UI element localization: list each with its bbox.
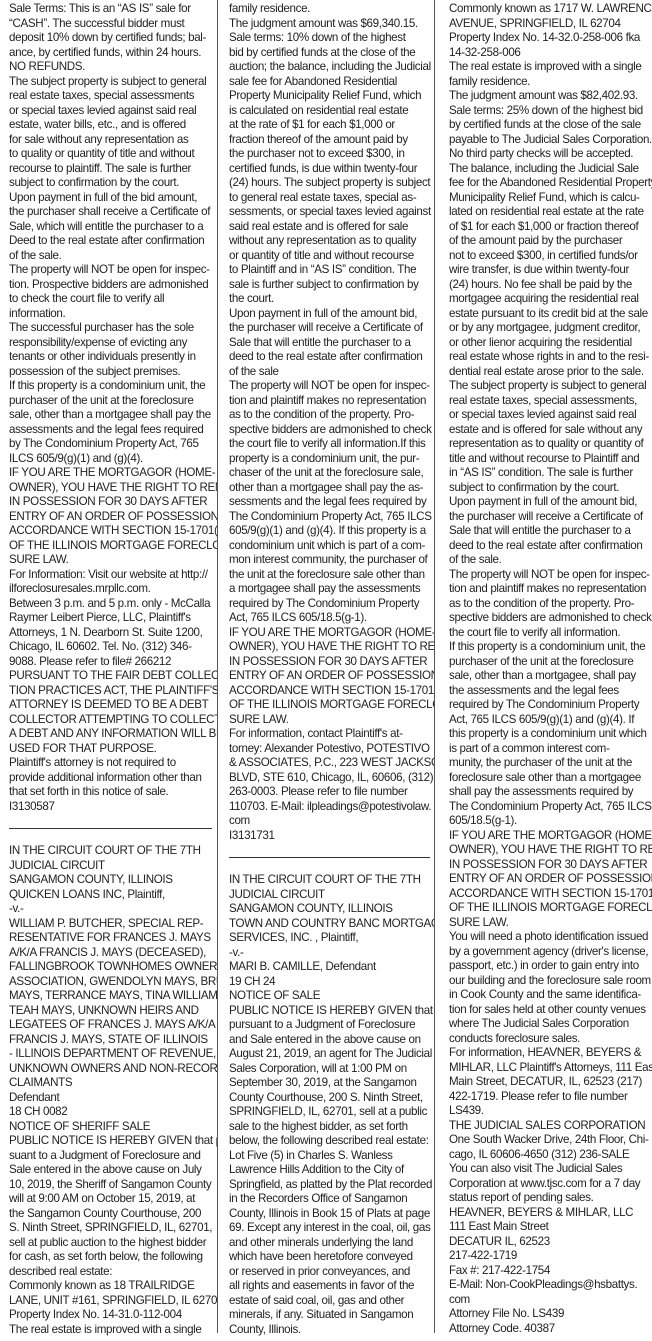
text-line: September 30, 2019, at the Sangamon [229,1076,430,1091]
text-line: estate and is offered for sale without a… [449,423,650,438]
text-line: pursuant to a Judgment of Foreclosure [229,1018,430,1033]
text-line: in Cook County and the same identifica- [449,988,650,1003]
text-line: Upon payment in full of the amount bid, [449,495,650,510]
notice-quicken-loans-v-butcher: IN THE CIRCUIT COURT OF THE 7THJUDICIAL … [9,844,211,1337]
text-line: Main Street, DECATUR, IL, 62523 (217) [449,1075,650,1090]
text-line: - ILLINOIS DEPARTMENT OF REVENUE, [9,1047,211,1062]
text-line: of the sale [229,365,430,380]
text-line: IF YOU ARE THE MORTGAGOR (HOME- [229,626,430,641]
text-line: The subject property is subject to gener… [9,75,211,90]
text-line: munity, the purchaser of the unit at the [449,756,650,771]
text-line: lated on residential real estate at the … [449,205,650,220]
text-line: Sale Terms: This is an “AS IS” sale for [9,2,211,17]
notice-town-and-country-v-camille: IN THE CIRCUIT COURT OF THE 7THJUDICIAL … [229,873,430,1337]
text-line: The real estate is improved with a singl… [9,1323,211,1338]
text-line: FALLINGBROOK TOWNHOMES OWNERS [9,960,211,975]
text-line: SANGAMON COUNTY, ILLINOIS [9,873,211,888]
text-line: 9088. Please refer to file# 266212 [9,655,211,670]
text-line: A/K/A FRANCIS J. MAYS (DECEASED), [9,946,211,961]
text-line: Corporation at www.tjsc.com for a 7 day [449,1177,650,1192]
text-line: County Courthouse, 200 S. Ninth Street, [229,1091,430,1106]
text-line: PUBLIC NOTICE IS HEREBY GIVEN that [229,1004,430,1019]
text-line: 14-32-258-006 [449,46,650,61]
text-line: Lot Five (5) in Charles S. Wanless [229,1149,430,1164]
text-line: For information, HEAVNER, BEYERS & [449,1046,650,1061]
text-line: Raymer Leibert Pierce, LLC, Plaintiff's [9,611,211,626]
text-line: to check the court file to verify all [9,292,211,307]
text-line: to Plaintiff and in “AS IS” condition. T… [229,263,430,278]
text-line: No third party checks will be accepted. [449,147,650,162]
text-line: real estate taxes, special assessments [9,89,211,104]
text-line: this property is a condominium unit whic… [449,727,650,742]
text-line: For information, contact Plaintiff's at- [229,727,430,742]
text-line: said real estate and is offered for sale [229,220,430,235]
text-line: deposit 10% down by certified funds; bal… [9,31,211,46]
text-line: of the amount paid by the purchaser [449,234,650,249]
text-line: Property Index No. 14-31.0-112-004 [9,1308,211,1323]
text-line: at the rate of $1 for each $1,000 or [229,118,430,133]
text-line: shall pay the assessments required by [449,785,650,800]
text-line: real estate taxes, special assessments, [449,394,650,409]
text-line: IF YOU ARE THE MORTGAGOR (HOME- [9,466,211,481]
column-2: family residence.The judgment amount was… [217,0,434,1341]
text-line: Commonly known as 1717 W. LAWRENCE [449,2,650,17]
text-line: or other lienor acquiring the residentia… [449,336,650,351]
text-line: payable to The Judicial Sales Corporatio… [449,133,650,148]
text-line: Defendant [9,1091,211,1106]
text-line: the Sangamon County Courthouse, 200 [9,1207,211,1222]
text-line: status report of pending sales. [449,1191,650,1206]
text-line: Sale terms: 25% down of the highest bid [449,104,650,119]
text-line: SURE LAW. [229,713,430,728]
text-line: UNKNOWN OWNERS AND NON-RECORD [9,1062,211,1077]
text-line: family residence. [229,2,430,17]
text-line: PURSUANT TO THE FAIR DEBT COLLEC- [9,669,211,684]
text-line: JUDICIAL CIRCUIT [229,888,430,903]
text-line: The balance, including the Judicial Sale [449,162,650,177]
text-line: Attorney File No. LS439 [449,1307,650,1322]
text-line: “CASH”. The successful bidder must [9,17,211,32]
text-line: ENTRY OF AN ORDER OF POSSESSION, IN [9,510,211,525]
text-line: OWNER), YOU HAVE THE RIGHT TO REMAIN [449,843,650,858]
text-line: spective bidders are admonished to check [449,611,650,626]
text-line: as to the condition of the property. Pro… [229,408,430,423]
text-line: CLAIMANTS [9,1076,211,1091]
text-line: 110703. E-Mail: ilpleadings@potestivolaw… [229,800,430,815]
text-line: recourse to plaintiff. The sale is furth… [9,162,211,177]
text-line: purchaser of the unit at the foreclosure [9,394,211,409]
text-line: SURE LAW. [449,916,650,931]
text-line: which have been heretofore conveyed [229,1250,430,1265]
text-line: tion and plaintiff makes no representati… [229,394,430,409]
text-line: or by any mortgagee, judgment creditor, [449,321,650,336]
text-line: bid by certified funds at the close of t… [229,46,430,61]
text-line: -v.- [229,946,430,961]
text-line: ACCORDANCE WITH SECTION 15-1701(C) [449,887,650,902]
text-line: the purchaser shall receive a Certificat… [9,205,211,220]
text-line: County, Illinois. [229,1323,430,1338]
text-line: FRANCIS J. MAYS, STATE OF ILLINOIS [9,1033,211,1048]
text-line: auction; the balance, including the Judi… [229,60,430,75]
text-line: the assessments and the legal fees [449,684,650,699]
text-line: sale, other than a mortgagee shall pay t… [9,408,211,423]
text-line: ILCS 605/9(g)(1) and (g)(4). [9,452,211,467]
text-line: condominium unit which is part of a com- [229,539,430,554]
text-line: other than a mortgagee shall pay the as- [229,481,430,496]
text-line: TEAH MAYS, UNKNOWN HEIRS AND [9,1004,211,1019]
text-line: Municipality Relief Fund, which is calcu… [449,191,650,206]
text-line: 263-0003. Please refer to file number [229,785,430,800]
text-line: of the sale. [9,249,211,264]
text-line: responsibility/expense of evicting any [9,336,211,351]
text-line: One South Wacker Drive, 24th Floor, Chi- [449,1133,650,1148]
text-line: -v.- [9,902,211,917]
notice-continued-mccalla: Sale Terms: This is an “AS IS” sale for“… [9,2,211,814]
text-line: and Sale entered in the above cause on [229,1033,430,1048]
text-line: Sales Corporation, will at 1:00 PM on [229,1062,430,1077]
text-line: Chicago, IL 60602. Tel. No. (312) 346- [9,640,211,655]
text-line: or special taxes levied against said rea… [449,408,650,423]
column-3: Commonly known as 1717 W. LAWRENCEAVENUE… [434,0,652,1341]
text-line: spective bidders are admonished to check [229,423,430,438]
text-line: Sale that will entitle the purchaser to … [229,336,430,351]
text-line: (24) hours. No fee shall be paid by the [449,278,650,293]
text-line: COLLECTOR ATTEMPTING TO COLLECT [9,713,211,728]
text-line: Between 3 p.m. and 5 p.m. only - McCalla [9,597,211,612]
text-line: as to the condition of the property. Pro… [449,597,650,612]
text-line: Upon payment in full of the bid amount, [9,191,211,206]
text-line: deed to the real estate after confirmati… [449,539,650,554]
text-line: BLVD, STE 610, Chicago, IL, 60606, (312) [229,771,430,786]
text-line: You will need a photo identification iss… [449,930,650,945]
text-line: The subject property is subject to gener… [449,379,650,394]
text-line: tenants or other individuals presently i… [9,350,211,365]
text-line: or reserved in prior conveyances, and [229,1265,430,1280]
text-line: A DEBT AND ANY INFORMATION WILL BE [9,727,211,742]
text-line: OF THE ILLINOIS MORTGAGE FORECLO- [449,901,650,916]
text-line: LANE, UNIT #161, SPRINGFIELD, IL 62704 [9,1294,211,1309]
text-line: 217-422-1719 [449,1249,650,1264]
text-line: described real estate: [9,1265,211,1280]
text-line: estate pursuant to its credit bid at the… [449,307,650,322]
text-line: below, the following described real esta… [229,1134,430,1149]
text-line: LS439. [449,1104,650,1119]
text-line: IN THE CIRCUIT COURT OF THE 7TH [9,844,211,859]
text-line: Sale entered in the above cause on July [9,1163,211,1178]
text-line: 18 CH 0082 [9,1105,211,1120]
text-line: SURE LAW. [9,553,211,568]
text-line: tion. Prospective bidders are admonished [9,278,211,293]
text-line: Property Index No. 14-32.0-258-006 fka [449,31,650,46]
text-line: or special taxes levied against said rea… [9,104,211,119]
text-line: tion for sales held at other county venu… [449,1003,650,1018]
text-line: that set forth in this notice of sale. [9,785,211,800]
text-line: 422-1719. Please refer to file number [449,1090,650,1105]
text-line: is calculated on residential real estate [229,104,430,119]
text-line: The real estate is improved with a singl… [449,60,650,75]
notice-separator-rule [9,828,212,829]
text-line: HEAVNER, BEYERS & MIHLAR, LLC [449,1206,650,1221]
text-line: is part of a common interest com- [449,742,650,757]
text-line: THE JUDICIAL SALES CORPORATION [449,1119,650,1134]
text-line: (24) hours. The subject property is subj… [229,176,430,191]
text-line: com [449,1293,650,1308]
text-line: representation as to quality or quantity… [449,437,650,452]
text-line: estate of said coal, oil, gas and other [229,1294,430,1309]
text-line: for sale without any representation as [9,133,211,148]
text-line: a mortgagee shall pay the assessments [229,582,430,597]
text-line: RESENTATIVE FOR FRANCES J. MAYS [9,931,211,946]
column-1: Sale Terms: This is an “AS IS” sale for“… [0,0,217,1341]
text-line: If this property is a condominium unit, … [449,640,650,655]
text-line: the court file to verify all information… [449,626,650,641]
text-line: ance, by certified funds, within 24 hour… [9,46,211,61]
text-line: QUICKEN LOANS INC, Plaintiff, [9,888,211,903]
text-line: required by The Condominium Property [449,698,650,713]
text-line: Property Municipality Relief Fund, which [229,89,430,104]
text-line: TION PRACTICES ACT, THE PLAINTIFF'S [9,684,211,699]
text-line: You can also visit The Judicial Sales [449,1162,650,1177]
text-line: fraction thereof of the amount paid by [229,133,430,148]
text-line: 605/18.5(g-1). [449,814,650,829]
text-line: our building and the foreclosure sale ro… [449,974,650,989]
notice-continued-heavner-beyers: Commonly known as 1717 W. LAWRENCEAVENUE… [449,2,650,1336]
text-line: S. Ninth Street, SPRINGFIELD, IL, 62701, [9,1221,211,1236]
text-line: the purchaser will receive a Certificate… [229,321,430,336]
text-line: OWNER), YOU HAVE THE RIGHT TO REMAIN [229,640,430,655]
text-line: subject to confirmation by the court. [9,176,211,191]
text-line: Sale terms: 10% down of the highest [229,31,430,46]
text-line: TOWN AND COUNTRY BANC MORTGAGE [229,917,430,932]
text-line: Sale that will entitle the purchaser to … [449,524,650,539]
text-line: IF YOU ARE THE MORTGAGOR (HOME- [449,829,650,844]
text-line: The property will NOT be open for inspec… [449,568,650,583]
text-line: 69. Except any interest in the coal, oil… [229,1221,430,1236]
text-line: OWNER), YOU HAVE THE RIGHT TO REMAIN [9,481,211,496]
text-line: ilforeclosuresales.mrpllc.com. [9,582,211,597]
text-line: the purchaser not to exceed $300, in [229,147,430,162]
text-line: real estate whose rights in and to the r… [449,350,650,365]
text-line: ATTORNEY IS DEEMED TO BE A DEBT [9,698,211,713]
notice-continued-potestivo: family residence.The judgment amount was… [229,2,430,843]
text-line: The successful purchaser has the sole [9,321,211,336]
text-line: August 21, 2019, an agent for The Judici… [229,1047,430,1062]
text-line: provide additional information other tha… [9,771,211,786]
text-line: I3130587 [9,800,211,815]
text-line: to general real estate taxes, special as… [229,191,430,206]
text-line: Lawrence Hills Addition to the City of [229,1163,430,1178]
text-line: Springfield, as platted by the Plat reco… [229,1178,430,1193]
text-line: foreclosure sale other than a mortgagee [449,771,650,786]
text-line: Sale, which will entitle the purchaser t… [9,220,211,235]
text-line: com [229,814,430,829]
text-line: MAYS, TERRANCE MAYS, TINA WILLIAMS, [9,989,211,1004]
text-line: required by The Condominium Property [229,597,430,612]
text-line: County, Illinois in Book 15 of Plats at … [229,1207,430,1222]
text-line: SPRINGFIELD, IL, 62701, sell at a public [229,1105,430,1120]
text-line: fee for the Abandoned Residential Proper… [449,176,650,191]
text-line: Attorneys, 1 N. Dearborn St. Suite 1200, [9,626,211,641]
text-line: to quality or quantity of title and with… [9,147,211,162]
text-line: all rights and easements in favor of the [229,1279,430,1294]
text-line: E-Mail: Non-CookPleadings@hsbattys. [449,1278,650,1293]
text-line: or quantity of title and without recours… [229,249,430,264]
text-line: deed to the real estate after confirmati… [229,350,430,365]
text-line: sessments and the legal fees required by [229,495,430,510]
text-line: sale to the highest bidder, as set forth [229,1120,430,1135]
text-line: I3131731 [229,829,430,844]
text-line: OF THE ILLINOIS MORTGAGE FORECLO- [9,539,211,554]
text-line: NOTICE OF SHERIFF SALE [9,1120,211,1135]
text-line: mon interest community, the purchaser of [229,553,430,568]
text-line: subject to confirmation by the court. [449,481,650,496]
text-line: and other minerals underlying the land [229,1236,430,1251]
text-line: 19 CH 24 [229,975,430,990]
text-line: possession of the subject premises. [9,365,211,380]
text-line: Fax #: 217-422-1754 [449,1264,650,1279]
text-line: the unit at the foreclosure sale other t… [229,568,430,583]
text-line: passport, etc.) in order to gain entry i… [449,959,650,974]
text-line: NOTICE OF SALE [229,989,430,1004]
text-line: of $1 for each $1,000 or fraction thereo… [449,220,650,235]
text-line: assessments and the legal fees required [9,423,211,438]
text-line: IN POSSESSION FOR 30 DAYS AFTER [9,495,211,510]
text-line: ASSOCIATION, GWENDOLYN MAYS, BRUCE [9,975,211,990]
text-line: will at 9:00 AM on October 15, 2019, at [9,1192,211,1207]
text-line: The Condominium Property Act, 765 ILCS [449,800,650,815]
text-line: where The Judicial Sales Corporation [449,1017,650,1032]
text-line: Act, 765 ILCS 605/18.5(g-1). [229,611,430,626]
text-line: by The Condominium Property Act, 765 [9,437,211,452]
text-line: purchaser of the unit at the foreclosure [449,655,650,670]
text-line: The property will NOT be open for inspec… [9,263,211,278]
text-line: chaser of the unit at the foreclosure sa… [229,466,430,481]
text-line: cago, IL 60606-4650 (312) 236-SALE [449,1148,650,1163]
text-line: The Condominium Property Act, 765 ILCS [229,510,430,525]
text-line: DECATUR IL, 62523 [449,1235,650,1250]
text-line: estate, water bills, etc., and is offere… [9,118,211,133]
text-line: the court. [229,292,430,307]
text-line: by certified funds at the close of the s… [449,118,650,133]
text-line: dential real estate arose prior to the s… [449,365,650,380]
text-line: sale, other than a mortgagee, shall pay [449,669,650,684]
text-line: in the Recorders Office of Sangamon [229,1192,430,1207]
text-line: The property will NOT be open for inspec… [229,379,430,394]
text-line: ENTRY OF AN ORDER OF POSSESSION, IN [449,872,650,887]
text-line: IN POSSESSION FOR 30 DAYS AFTER [229,655,430,670]
text-line: title and without recourse to Plaintiff … [449,452,650,467]
text-line: JUDICIAL CIRCUIT [9,859,211,874]
legal-notices-page: Sale Terms: This is an “AS IS” sale for“… [0,0,652,1341]
text-line: ACCORDANCE WITH SECTION 15-1701(C) [229,684,430,699]
text-line: sale is further subject to confirmation … [229,278,430,293]
text-line: sell at public auction to the highest bi… [9,1236,211,1251]
text-line: USED FOR THAT PURPOSE. [9,742,211,757]
text-line: NO REFUNDS. [9,60,211,75]
text-line: Commonly known as 18 TRAILRIDGE [9,1279,211,1294]
text-line: information. [9,307,211,322]
text-line: Deed to the real estate after confirmati… [9,234,211,249]
text-line: of the sale. [449,553,650,568]
text-line: suant to a Judgment of Foreclosure and [9,1149,211,1164]
text-line: for cash, as set forth below, the follow… [9,1250,211,1265]
text-line: IN THE CIRCUIT COURT OF THE 7TH [229,873,430,888]
text-line: For Information: Visit our website at ht… [9,568,211,583]
text-line: MIHLAR, LLC Plaintiff's Attorneys, 111 E… [449,1061,650,1076]
text-line: WILLIAM P. BUTCHER, SPECIAL REP- [9,917,211,932]
text-line: by a government agency (driver's license… [449,945,650,960]
text-line: SERVICES, INC. , Plaintiff, [229,931,430,946]
text-line: PUBLIC NOTICE IS HEREBY GIVEN that pur- [9,1134,211,1149]
text-line: sessments, or special taxes levied again… [229,205,430,220]
text-line: the purchaser will receive a Certificate… [449,510,650,525]
text-line: Act, 765 ILCS 605/9(g)(1) and (g)(4). If [449,713,650,728]
notice-separator-rule [229,857,430,858]
text-line: without any representation as to quality [229,234,430,249]
text-line: property is a condominium unit, the pur- [229,452,430,467]
text-line: The judgment amount was $82,402.93. [449,89,650,104]
text-line: mortgagee acquiring the residential real [449,292,650,307]
text-line: wire transfer, is due within twenty-four [449,263,650,278]
text-line: & ASSOCIATES, P.C., 223 WEST JACKSON [229,756,430,771]
text-line: not to exceed $300, in certified funds/o… [449,249,650,264]
text-line: MARI B. CAMILLE, Defendant [229,960,430,975]
text-line: 605/9(g)(1) and (g)(4). If this property… [229,524,430,539]
text-line: Attorney Code. 40387 [449,1322,650,1337]
text-line: in “AS IS” condition. The sale is furthe… [449,466,650,481]
text-line: If this property is a condominium unit, … [9,379,211,394]
text-line: minerals, if any. Situated in Sangamon [229,1308,430,1323]
text-line: SANGAMON COUNTY, ILLINOIS [229,902,430,917]
text-line: OF THE ILLINOIS MORTGAGE FORECLO- [229,698,430,713]
text-line: ENTRY OF AN ORDER OF POSSESSION, IN [229,669,430,684]
text-line: family residence. [449,75,650,90]
text-line: Upon payment in full of the amount bid, [229,307,430,322]
text-line: sale fee for Abandoned Residential [229,75,430,90]
text-line: The judgment amount was $69,340.15. [229,17,430,32]
text-line: torney: Alexander Potestivo, POTESTIVO [229,742,430,757]
text-line: IN POSSESSION FOR 30 DAYS AFTER [449,858,650,873]
text-line: AVENUE, SPRINGFIELD, IL 62704 [449,17,650,32]
text-line: ACCORDANCE WITH SECTION 15-1701(C) [9,524,211,539]
text-line: the court file to verify all information… [229,437,430,452]
text-line: 10, 2019, the Sheriff of Sangamon County [9,1178,211,1193]
text-line: certified funds, is due within twenty-fo… [229,162,430,177]
text-line: Plaintiff's attorney is not required to [9,756,211,771]
text-line: tion and plaintiff makes no representati… [449,582,650,597]
text-line: 111 East Main Street [449,1220,650,1235]
text-line: conducts foreclosure sales. [449,1032,650,1047]
text-line: LEGATEES OF FRANCES J. MAYS A/K/A [9,1018,211,1033]
